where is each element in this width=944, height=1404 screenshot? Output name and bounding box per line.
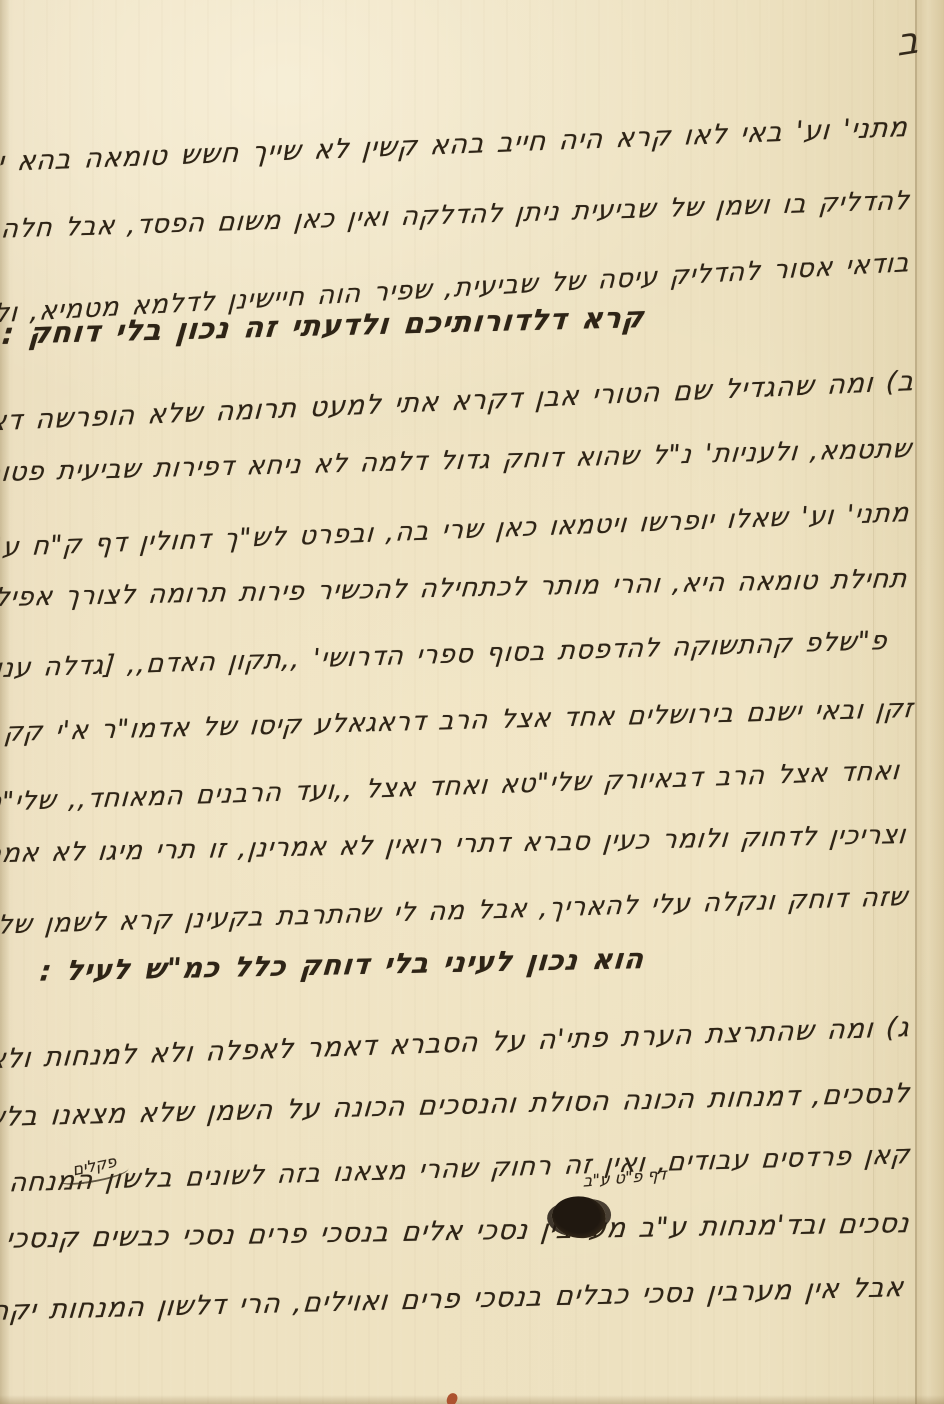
page-edge-strip	[917, 0, 944, 1404]
manuscript-line-18: נסכים ובד'מנחות ע"ב מערבין נסכי אלים בנס…	[5, 1208, 912, 1255]
page-crease-line	[915, 0, 917, 1404]
manuscript-line-9: פ"שלפ קהתשוקה להדפסת בסוף ספרי הדרושי' ,…	[0, 626, 889, 685]
manuscript-line-17: קאן פרדסים עבודים, ואין זה רחוק שהרי מצא…	[0, 1140, 911, 1200]
manuscript-line-14: הוא נכון לעיני בלי דוחק כלל כמ"ש לעיל :	[38, 942, 646, 988]
manuscript-line-1: מתני' וע' באי לאו קרא היה חייב בהא קשין …	[0, 112, 909, 182]
manuscript-line-16: לנסכים, דמנחות הכונה הסולת והנסכים הכונה…	[0, 1078, 911, 1134]
manuscript-line-10: זקן ובאי ישנם בירושלים אחד אצל הרב דראגא…	[0, 694, 915, 751]
manuscript-line-2: להדליק בו ושמן של שביעית ניתן להדלקה ואי…	[0, 186, 911, 248]
page-bottom-edge	[0, 1395, 944, 1404]
manuscript-line-11: ואחד אצל הרב דבאיורק שלי"טא ואחד אצל ,,ו…	[0, 756, 901, 820]
manuscript-line-8: תחילת טומאה היא, והרי מותר לכתחילה להכשי…	[0, 564, 910, 614]
manuscript-line-13: שזה דוחק ונקלה עלי להאריך, אבל מה לי שהת…	[0, 882, 909, 944]
manuscript-line-7: מתני' וע' שאלו יופרשו ויטמאו כאן שרי בה,…	[0, 498, 911, 569]
manuscript-line-15: ג) ומה שהתרצת הערת פתי'ה על הסברא דאמר ל…	[0, 1012, 911, 1075]
manuscript-page: ב מתני' וע' באי לאו קרא היה חייב בהא קשי…	[0, 0, 944, 1404]
manuscript-line-5: ב) ומה שהגדיל שם הטורי אבן דקרא אתי למעט…	[0, 366, 915, 443]
manuscript-line-6: שתטמא, ולעניות' נ"ל שהוא דוחק גדול דלמה …	[0, 434, 913, 490]
manuscript-line-19: אבל אין מערבין נסכי כבלים בנסכי פרים ואו…	[0, 1272, 905, 1327]
manuscript-line-12: וצריכין לדחוק ולומר כעין סברא דתרי רואין…	[0, 820, 908, 870]
folio-number: ב	[896, 18, 918, 65]
margin-correction-note: פקלים	[71, 1152, 119, 1180]
